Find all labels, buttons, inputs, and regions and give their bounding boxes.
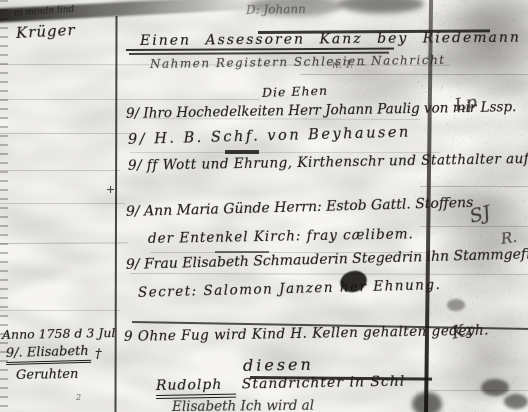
flourish: R. (500, 228, 518, 248)
header-subtitle: Nahmen Registern Schlesien Nachricht (150, 53, 446, 71)
margin-surname: Krüger (16, 21, 77, 42)
guide-line (0, 99, 260, 100)
section-title: Die Ehen (262, 83, 328, 100)
margin-person-note: 9/. Elisabeth (6, 344, 91, 365)
entry-line: 9 Ohne Fug wird Kind H. Kellen gehalten … (124, 323, 489, 345)
guide-line (420, 186, 528, 187)
margin-tiny-mark: 2 (76, 393, 81, 402)
flourish: Kz (450, 320, 475, 344)
groom-title: Standrichter in Schl (242, 374, 406, 393)
column-rule-left (114, 16, 117, 412)
clipped-bottom-line: Elisabeth Ich wird al (172, 398, 314, 412)
entry-line: Secret: Salomon Janzen her Ehnung. (138, 277, 442, 301)
guide-line (0, 133, 130, 134)
margin-anno-note: Anno 1758 d 3 Jul (2, 325, 116, 342)
mottle-right-low (428, 295, 528, 412)
header-title: Einen Assessoren Kanz bey Riedemann (140, 30, 521, 49)
entry-line: der Entenkel Kirch: fray cælibem. (148, 226, 414, 247)
guide-line (0, 203, 125, 204)
rule-cross-mark: + (106, 183, 115, 196)
flourish: Lp (453, 92, 478, 116)
register-page-scan: ni mindn lind Krüger + Anno 1758 d 3 Jul… (0, 0, 528, 412)
entry-line: 9/ H. B. Schf. von Beyhausen (128, 125, 411, 148)
guide-line (0, 242, 128, 244)
margin-top-scribble: ni mindn lind (14, 5, 75, 19)
entry-line: 9/ Frau Elisabeth Schmauderin Stegedrin … (126, 246, 528, 273)
cross-icon: † (95, 347, 102, 362)
guide-line (430, 390, 528, 391)
margin-burial-note: Geruhten (16, 367, 79, 383)
guide-line (0, 170, 120, 171)
header-top-note: D: Johann (246, 2, 306, 17)
struck-word: diesen (243, 355, 314, 375)
entry-short-strike (225, 150, 259, 154)
top-right-smudge (338, 0, 424, 13)
groom-name: Rudolph (156, 377, 237, 399)
flourish: SJ (467, 201, 492, 227)
entry-line: 9/ Ann Maria Günde Herrn: Estob Gattl. S… (126, 195, 474, 220)
guide-line (0, 310, 120, 311)
entry-line: 9/ ff Wott und Ehrung, Kirthenschr und S… (128, 151, 528, 174)
corner-blot (481, 379, 509, 396)
header-small-note: n. T. — (332, 59, 367, 71)
kirch-underline (215, 251, 269, 253)
guide-line (130, 273, 528, 275)
groom-line: Rudolph Standrichter in Schl (156, 374, 406, 399)
guide-line (300, 74, 528, 75)
corner-blot (504, 394, 528, 409)
small-blot (447, 299, 465, 311)
